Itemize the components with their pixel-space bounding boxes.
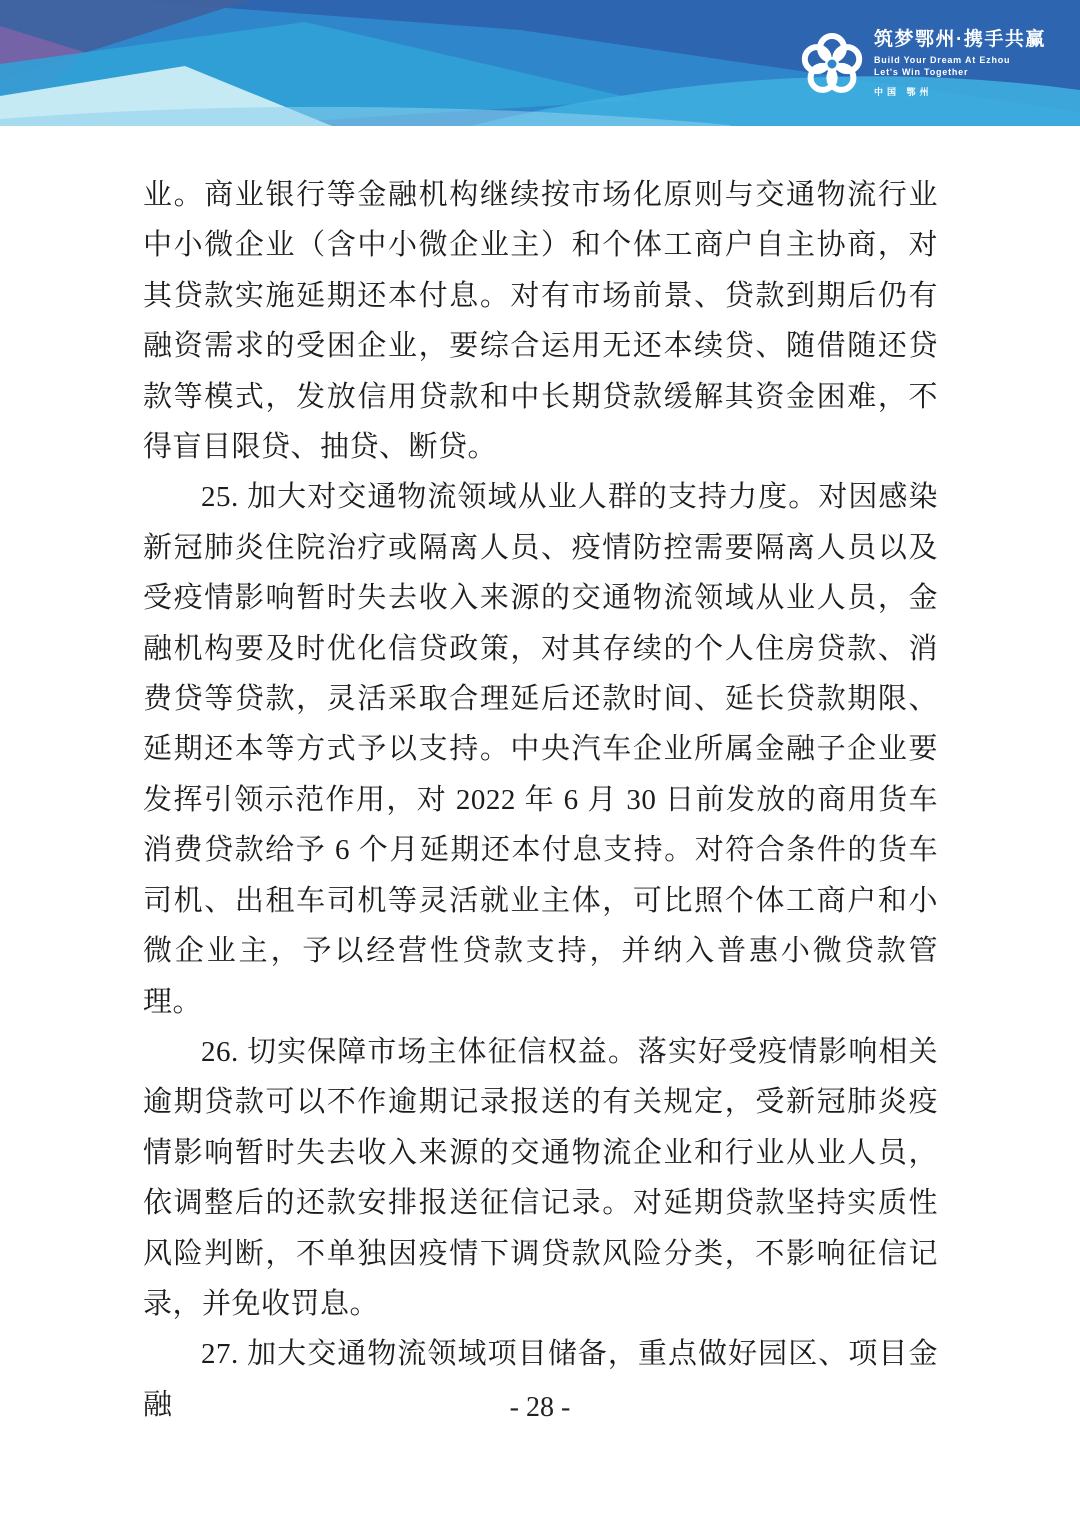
logo-caption: 中国 鄂州	[874, 85, 1046, 98]
logo-subtitle-line2: Let's Win Together	[874, 67, 1046, 79]
paragraph-continuation: 业。商业银行等金融机构继续按市场化原则与交通物流行业中小微企业（含中小微企业主）…	[143, 170, 938, 472]
document-page: 筑梦鄂州·携手共赢 Build Your Dream At Ezhou Let'…	[0, 0, 1080, 1528]
paragraph-25: 25. 加大对交通物流领域从业人群的支持力度。对因感染新冠肺炎住院治疗或隔离人员…	[143, 472, 938, 1026]
document-body: 业。商业银行等金融机构继续按市场化原则与交通物流行业中小微企业（含中小微企业主）…	[143, 170, 938, 1430]
logo-subtitle-line1: Build Your Dream At Ezhou	[874, 55, 1046, 67]
page-number: - 28 -	[0, 1392, 1080, 1424]
paragraph-26: 26. 切实保障市场主体征信权益。落实好受疫情影响相关逾期贷款可以不作逾期记录报…	[143, 1027, 938, 1329]
ezhou-logo: 筑梦鄂州·携手共赢 Build Your Dream At Ezhou Let'…	[800, 28, 1046, 109]
header-banner: 筑梦鄂州·携手共赢 Build Your Dream At Ezhou Let'…	[0, 0, 1080, 126]
plum-blossom-icon	[800, 28, 864, 109]
logo-text-block: 筑梦鄂州·携手共赢 Build Your Dream At Ezhou Let'…	[874, 28, 1046, 98]
logo-title: 筑梦鄂州·携手共赢	[874, 28, 1046, 52]
logo-subtitle: Build Your Dream At Ezhou Let's Win Toge…	[874, 55, 1046, 78]
